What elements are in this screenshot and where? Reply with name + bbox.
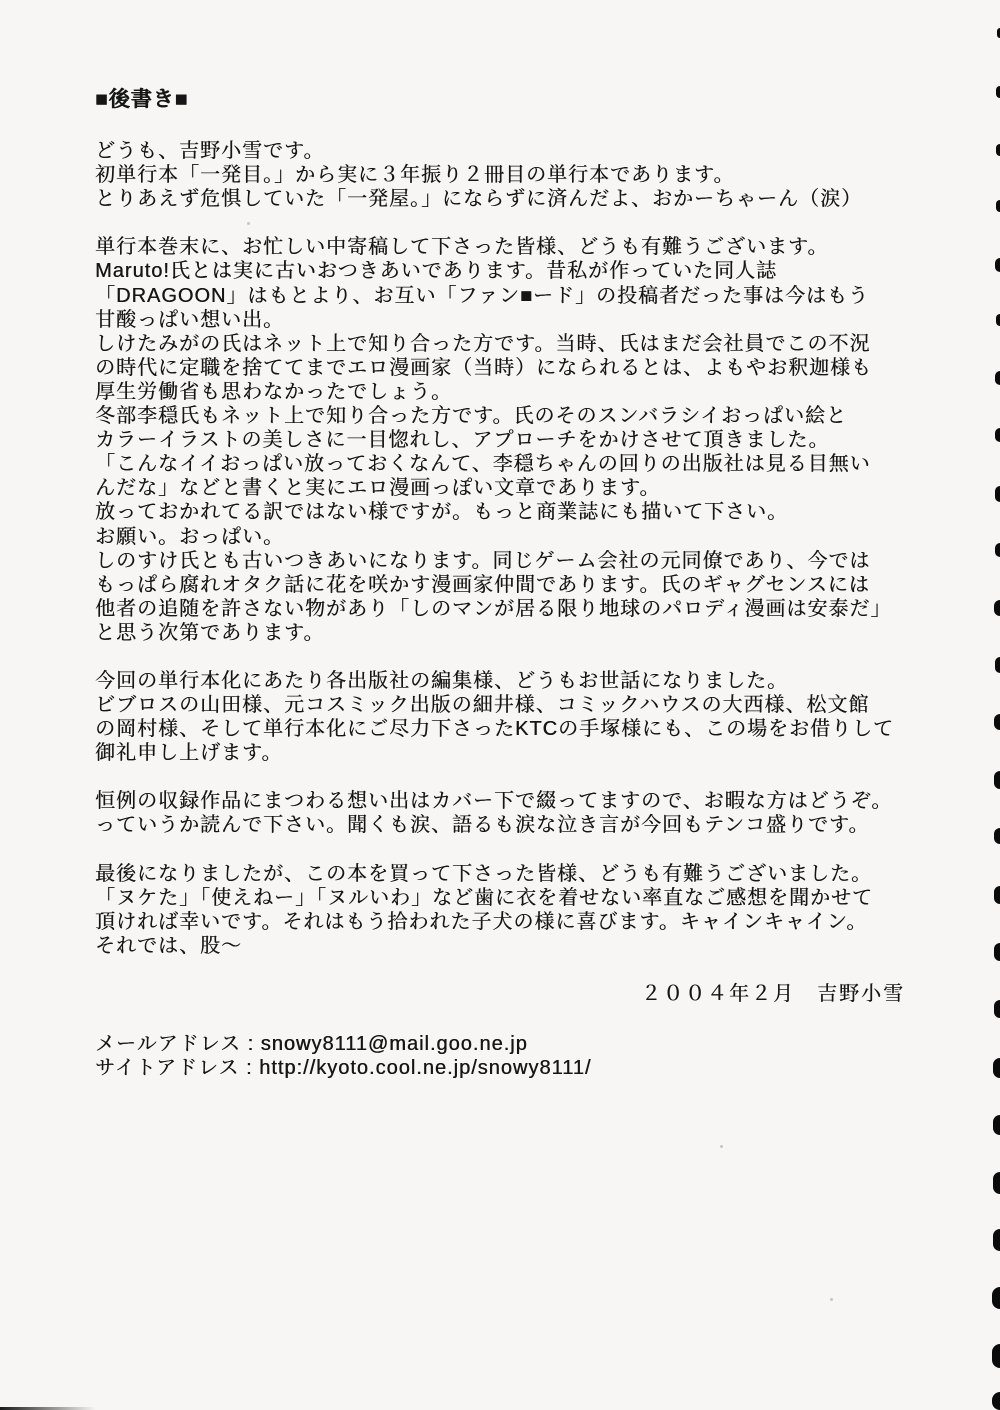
text-line: の岡村様、そして単行本化にご尽力下さったKTCの手塚様にも、この場をお借りして [95, 717, 930, 741]
scan-edge-mark [992, 1287, 1000, 1309]
scan-edge-mark [993, 1172, 1000, 1194]
contact-block: メールアドレス : snowy8111@mail.goo.ne.jpサイトアドレ… [95, 1032, 930, 1080]
text-line: 甘酸っぱい想い出。 [95, 308, 930, 332]
paragraph: 今回の単行本化にあたり各出版社の編集様、どうもお世話になりました。ビブロスの山田… [95, 669, 930, 765]
scan-speck [830, 1298, 833, 1301]
scan-edge-mark [996, 86, 1000, 98]
text-line: と思う次第であります。 [95, 621, 930, 645]
text-line: 冬部李穏氏もネット上で知り合った方です。氏のそのスンバラシイおっぱい絵と [95, 404, 930, 428]
text-line: どうも、吉野小雪です。 [95, 139, 930, 163]
text-line: 「DRAGOON」はもとより、お互い「ファン■ード」の投稿者だった事は今はもう [95, 284, 930, 308]
scan-edge-mark [994, 943, 1000, 961]
paragraph: 最後になりましたが、この本を買って下さった皆様、どうも有難うございました。「ヌケ… [95, 862, 930, 958]
text-line: しけたみがの氏はネット上で知り合った方です。当時、氏はまだ会社員でこの不況 [95, 332, 930, 356]
text-line: 恒例の収録作品にまつわる想い出はカバー下で綴ってますので、お暇な方はどうぞ。 [95, 789, 930, 813]
scan-speck [720, 1145, 723, 1148]
scan-edge-mark [994, 714, 1000, 730]
scan-edge-mark [996, 314, 1000, 326]
scan-edge-mark [994, 771, 1000, 789]
afterword-body: どうも、吉野小雪です。初単行本「一発目。」から実に３年振り２冊目の単行本でありま… [95, 139, 930, 958]
afterword-text: ■後書き■ どうも、吉野小雪です。初単行本「一発目。」から実に３年振り２冊目の単… [95, 88, 930, 1080]
contact-line: サイトアドレス : http://kyoto.cool.ne.jp/snowy8… [95, 1056, 930, 1080]
signature-line: ２００４年２月 吉野小雪 [95, 982, 930, 1006]
text-line: の時代に定職を捨ててまでエロ漫画家（当時）になられるとは、よもやお釈迦様も [95, 356, 930, 380]
text-line: 最後になりましたが、この本を買って下さった皆様、どうも有難うございました。 [95, 862, 930, 886]
text-line: んだな」などと書くと実にエロ漫画っぽい文章であります。 [95, 476, 930, 500]
scan-edge-mark [994, 828, 1000, 844]
paragraph: 恒例の収録作品にまつわる想い出はカバー下で綴ってますので、お暇な方はどうぞ。って… [95, 789, 930, 837]
scan-edge-mark [996, 200, 1000, 212]
text-line: ビブロスの山田様、元コスミック出版の細井様、コミックハウスの大西様、松文館 [95, 693, 930, 717]
scan-edge-mark [993, 1058, 1000, 1078]
paragraph: 単行本巻末に、お忙しい中寄稿して下さった皆様、どうも有難うございます。Marut… [95, 235, 930, 645]
text-line: 「ヌケた」「使えねー」「ヌルいわ」など歯に衣を着せない率直なご感想を聞かせて [95, 886, 930, 910]
scan-edge-mark [996, 144, 1000, 156]
text-line: それでは、股～ [95, 934, 930, 958]
scanned-page: ■後書き■ どうも、吉野小雪です。初単行本「一発目。」から実に３年振り２冊目の単… [0, 0, 1000, 1410]
text-line: 厚生労働省も思わなかったでしょう。 [95, 380, 930, 404]
scan-edge-mark [995, 486, 1000, 502]
contact-line: メールアドレス : snowy8111@mail.goo.ne.jp [95, 1032, 930, 1056]
scan-edge-mark [993, 1229, 1000, 1251]
scan-edge-mark [995, 428, 1000, 442]
text-line: 単行本巻末に、お忙しい中寄稿して下さった皆様、どうも有難うございます。 [95, 235, 930, 259]
text-line: 「こんなイイおっぱい放っておくなんて、李穏ちゃんの回りの出版社は見る目無い [95, 452, 930, 476]
scan-edge-mark [995, 543, 1000, 557]
afterword-title: ■後書き■ [95, 88, 930, 112]
scan-edge-mark [993, 1115, 1000, 1135]
text-line: 頂ければ幸いです。それはもう拾われた子犬の様に喜びます。キャインキャイン。 [95, 910, 930, 934]
text-line: もっぱら腐れオタク話に花を咲かす漫画家仲間であります。氏のギャグセンスには [95, 573, 930, 597]
text-line: カラーイラストの美しさに一目惚れし、アプローチをかけさせて頂きました。 [95, 428, 930, 452]
scan-edge-mark [992, 1392, 1000, 1410]
text-line: 御礼申し上げます。 [95, 741, 930, 765]
text-line: 他者の追随を許さない物があり「しのマンが居る限り地球のパロディ漫画は安泰だ」 [95, 597, 930, 621]
text-line: Maruto!氏とは実に古いおつきあいであります。昔私が作っていた同人誌 [95, 259, 930, 283]
text-line: っていうか読んで下さい。聞くも涙、語るも涙な泣き言が今回もテンコ盛りです。 [95, 813, 930, 837]
text-line: 放っておかれてる訳ではない様ですが。もっと商業誌にも描いて下さい。 [95, 500, 930, 524]
scan-edge-mark [995, 258, 1000, 272]
text-line: 今回の単行本化にあたり各出版社の編集様、どうもお世話になりました。 [95, 669, 930, 693]
text-line: 初単行本「一発目。」から実に３年振り２冊目の単行本であります。 [95, 163, 930, 187]
scan-edge-mark [994, 600, 1000, 616]
scan-speck [247, 222, 250, 225]
text-line: しのすけ氏とも古いつきあいになります。同じゲーム会社の元同僚であり、今では [95, 549, 930, 573]
text-line: とりあえず危惧していた「一発屋。」にならずに済んだよ、おかーちゃーん（涙） [95, 187, 930, 211]
scan-edge-mark [994, 1000, 1000, 1018]
paragraph: どうも、吉野小雪です。初単行本「一発目。」から実に３年振り２冊目の単行本でありま… [95, 139, 930, 211]
text-line: お願い。おっぱい。 [95, 525, 930, 549]
scan-edge-mark [995, 657, 1000, 673]
scan-edge-mark [994, 886, 1000, 904]
scan-edge-mark [995, 371, 1000, 385]
scan-edge-mark [992, 1344, 1000, 1368]
